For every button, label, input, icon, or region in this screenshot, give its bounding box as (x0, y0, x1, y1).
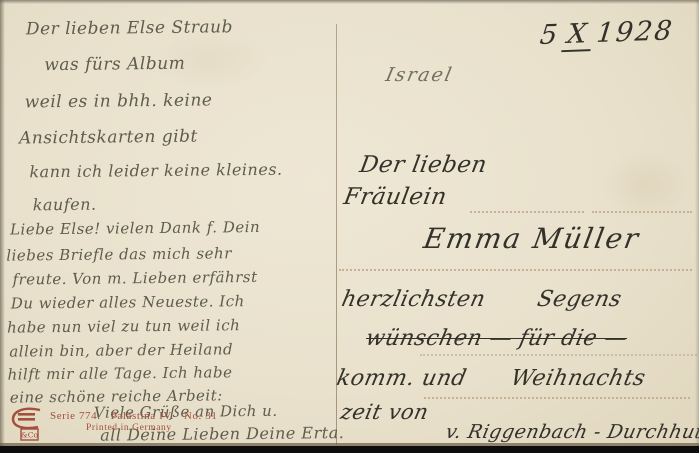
message-line: kaufen. (33, 195, 97, 215)
annotation-israel: Israel (384, 64, 456, 86)
publisher-monogram-icon: &Co (9, 405, 49, 442)
greeting-line: wünschen — für die — (363, 326, 629, 351)
greeting-line: komm. und Weihnachts (334, 366, 647, 391)
scan-edge-top (0, 0, 699, 4)
recipient-name: Emma Müller (421, 222, 643, 255)
message-line: Du wieder alles Neueste. Ich (11, 292, 245, 312)
publisher-logo-text: &Co (21, 431, 38, 440)
date-day: 5 (538, 19, 561, 51)
scan-border-bottom (0, 446, 699, 453)
series-imprint: Serie 774. Palästina IV. No. 31 (50, 410, 217, 422)
message-line: was fürs Album (44, 54, 185, 75)
signature-name: v. Riggenbach - Durchhut (444, 421, 699, 443)
date-year: 1928 (595, 15, 675, 49)
scan-edge-right (695, 0, 699, 453)
message-line: freute. Von m. Lieben erfährst (12, 268, 257, 289)
message-line: Ansichtskarten gibt (19, 127, 198, 149)
message-line: kann ich leider keine kleines. (29, 160, 282, 182)
address-line: Fräulein (342, 184, 449, 210)
greeting-line: zeit von (338, 400, 430, 424)
message-line: Liebe Else! vielen Dank f. Dein (10, 218, 260, 239)
message-line: hilft mir alle Tage. Ich habe (7, 363, 232, 383)
printed-in-germany: Printed in Germany (86, 423, 172, 433)
scan-edge-left (0, 0, 5, 453)
message-line: habe nun viel zu tun weil ich (7, 316, 240, 336)
handwritten-date: 5X1928 (538, 15, 675, 51)
message-line: Der lieben Else Straub (26, 17, 233, 39)
postcard-back: Der lieben Else Straub was fürs Album we… (0, 0, 699, 453)
address-line: Der lieben (358, 152, 489, 178)
message-line: allein bin, aber der Heiland (9, 340, 233, 360)
greeting-line: herzlichsten Segens (339, 287, 624, 312)
message-line: weil es in bhh. keine (25, 90, 213, 112)
date-month: X (561, 18, 594, 52)
message-line: liebes Briefle das mich sehr (6, 244, 232, 264)
